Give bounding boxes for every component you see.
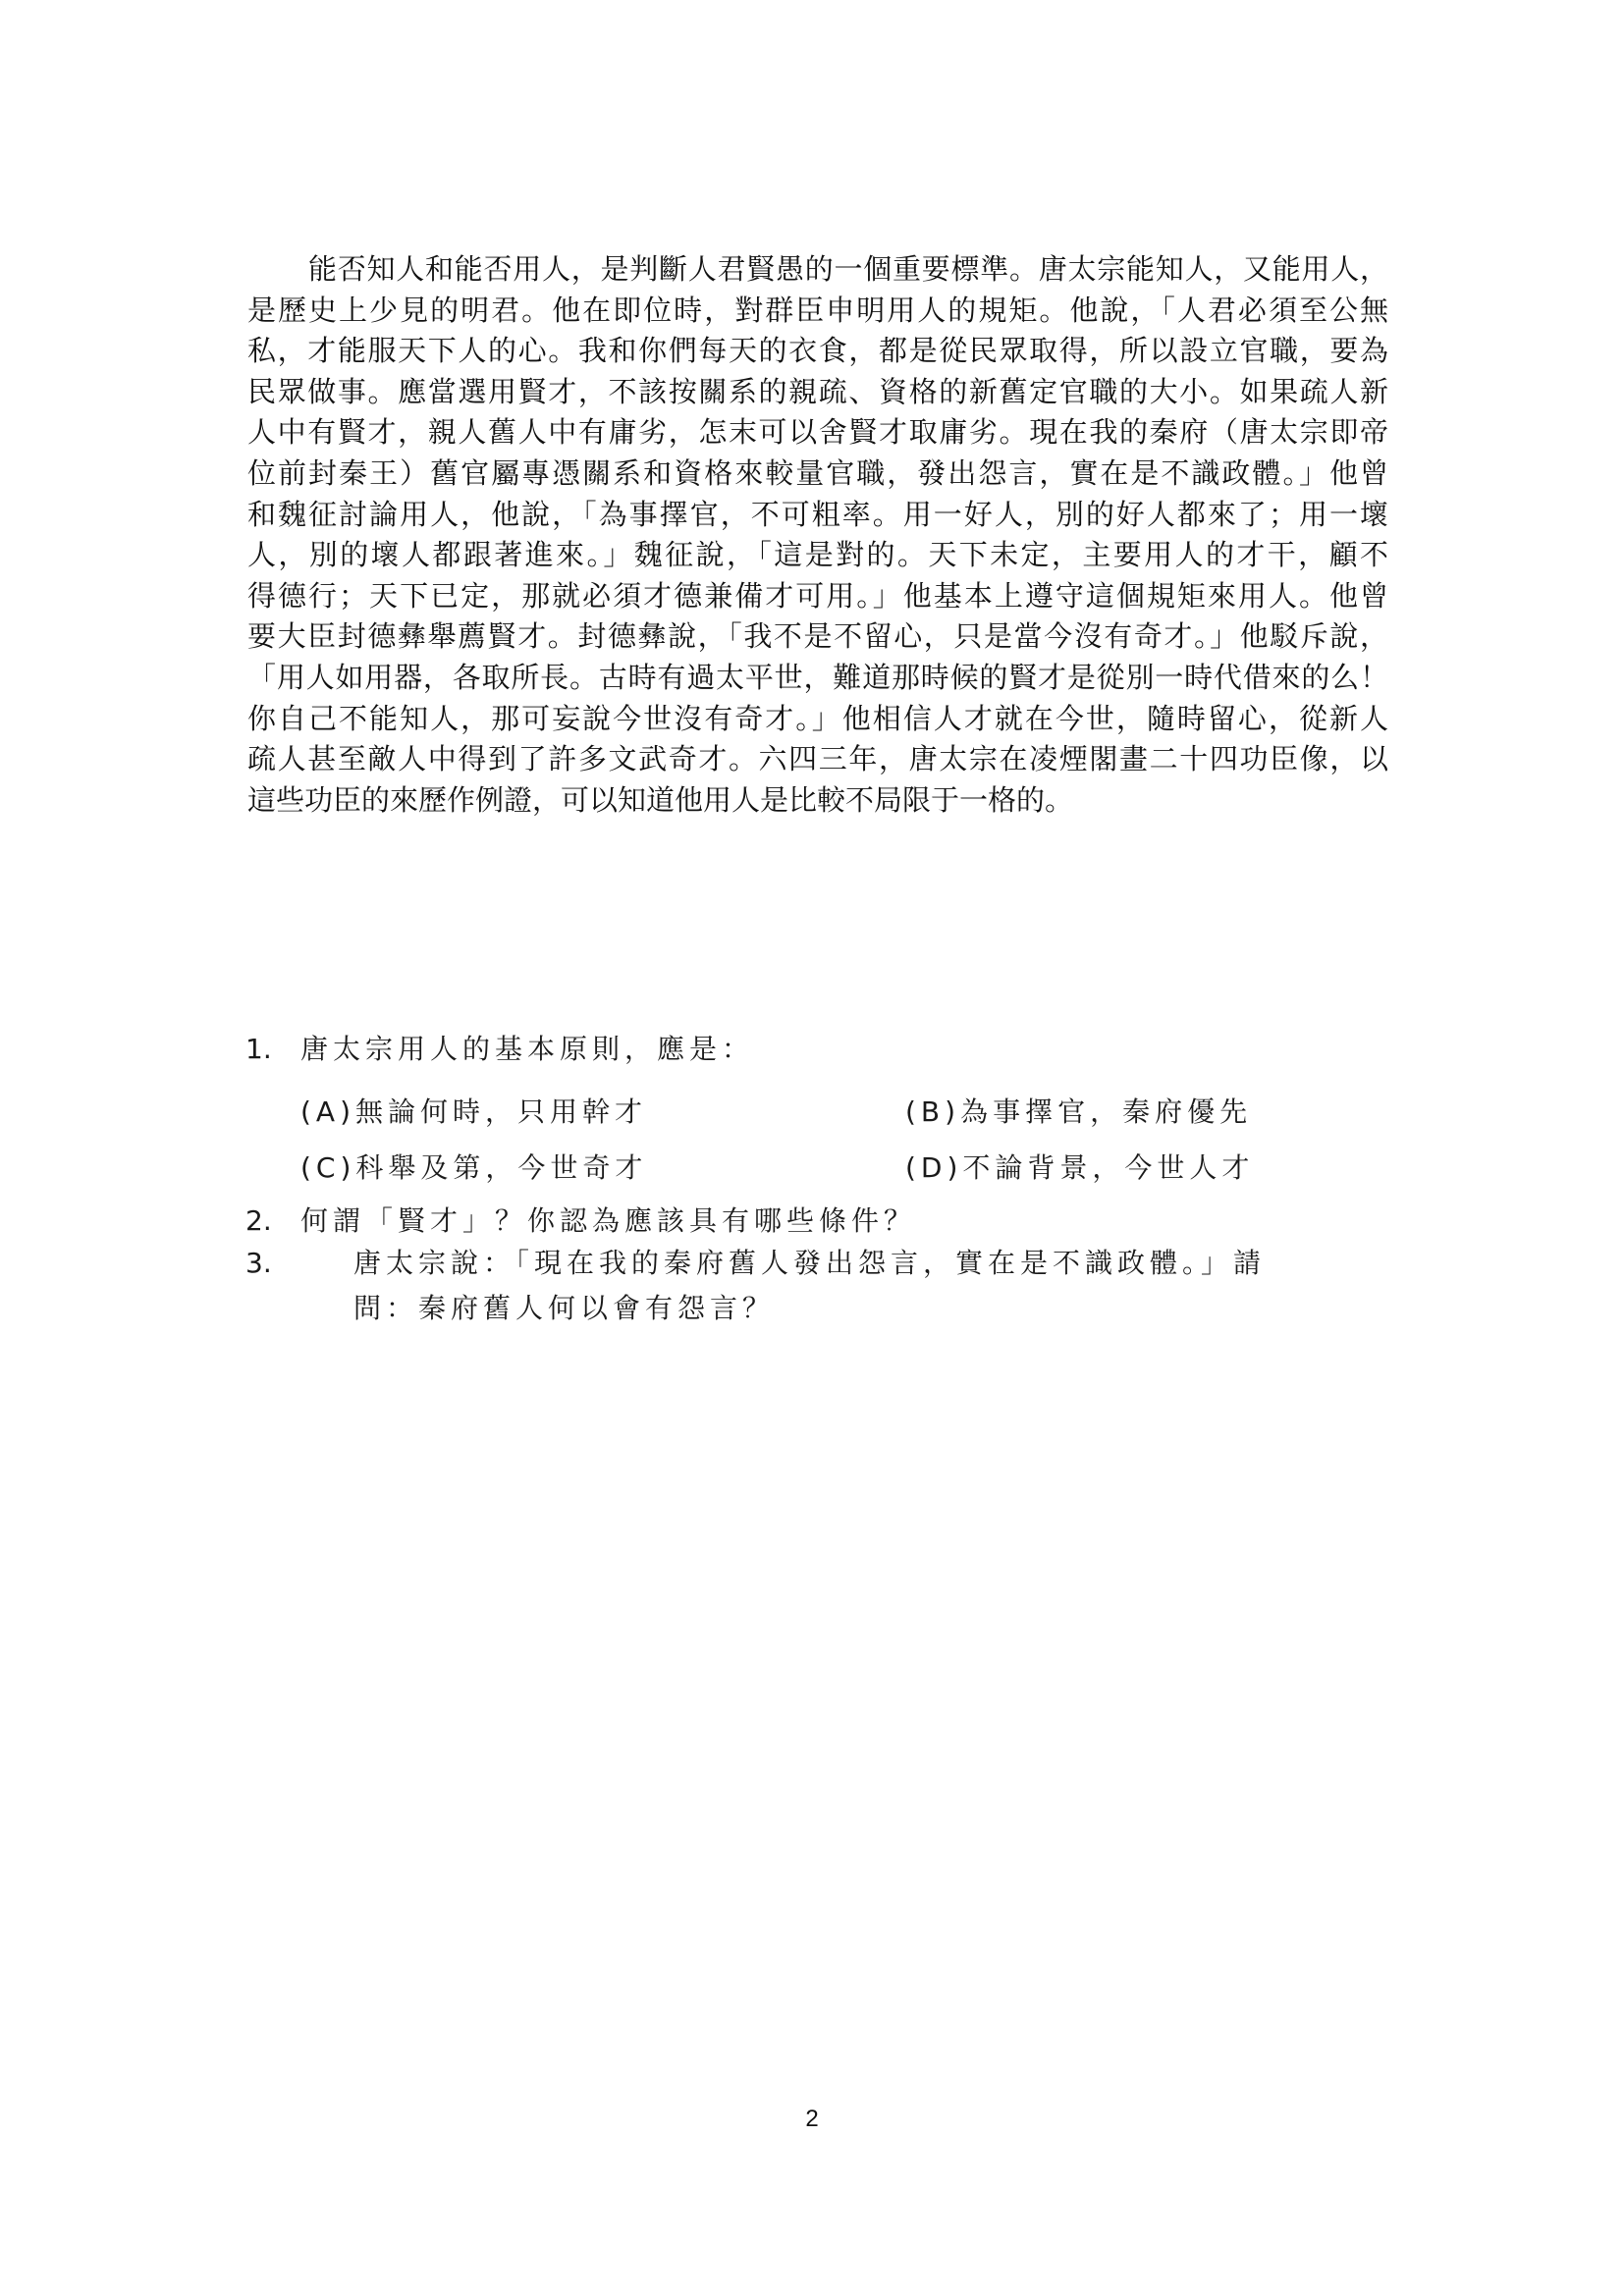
option-text: 無論何時，只用幹才: [355, 1095, 647, 1128]
question-text: 何謂「賢才」？你認為應該具有哪些條件？: [300, 1201, 916, 1241]
option-label: (A): [300, 1095, 355, 1128]
question-2: 2. 何謂「賢才」？你認為應該具有哪些條件？: [245, 1201, 1394, 1241]
passage-line: 要大臣封德彝舉薦賢才。封德彝說，「我不是不留心，只是當今沒有奇才。」他駁斥說，: [247, 616, 1388, 658]
option-b: (B)為事擇官，秦府優先: [905, 1090, 1252, 1135]
passage-line: 是歷史上少見的明君。他在即位時，對群臣申明用人的規矩。他說，「人君必須至公無: [247, 291, 1388, 332]
passage-line: 疏人甚至敵人中得到了許多文武奇才。六四三年，唐太宗在凌煙閣畫二十四功臣像，以: [247, 739, 1388, 780]
option-text: 不論背景，今世人才: [962, 1151, 1254, 1184]
question-text-continued: 問：秦府舊人何以會有怨言？: [353, 1286, 775, 1331]
option-label: (C): [300, 1151, 355, 1184]
question-number: 3.: [245, 1241, 272, 1286]
option-c: (C)科舉及第，今世奇才: [300, 1146, 647, 1191]
passage-line: 和魏征討論用人，他說，「為事擇官，不可粗率。用一好人，別的好人都來了；用一壞: [247, 495, 1388, 536]
passage-line: 能否知人和能否用人，是判斷人君賢愚的一個重要標準。唐太宗能知人，又能用人，: [247, 249, 1388, 291]
option-text: 科舉及第，今世奇才: [355, 1151, 647, 1184]
option-d: (D)不論背景，今世人才: [905, 1146, 1254, 1191]
question-list: 1. 唐太宗用人的基本原則，應是： (A)無論何時，只用幹才 (B)為事擇官，秦…: [245, 1027, 1394, 1331]
option-label: (D): [905, 1151, 962, 1184]
option-a: (A)無論何時，只用幹才: [300, 1090, 647, 1135]
passage-line: 得德行；天下已定，那就必須才德兼備才可用。」他基本上遵守這個規矩來用人。他曾: [247, 576, 1388, 617]
question-text: 唐太宗說：「現在我的秦府舊人發出怨言，實在是不識政體。」請: [353, 1241, 1266, 1286]
passage-line: 這些功臣的來歷作例證，可以知道他用人是比較不局限于一格的。: [247, 780, 1388, 822]
option-label: (B): [905, 1095, 960, 1128]
question-3: 3. 唐太宗說：「現在我的秦府舊人發出怨言，實在是不識政體。」請: [245, 1241, 1394, 1286]
question-1: 1. 唐太宗用人的基本原則，應是：: [245, 1027, 1394, 1072]
passage-line: 「用人如用器，各取所長。古時有過太平世，難道那時候的賢才是從別一時代借來的么！: [247, 658, 1388, 699]
document-page: 能否知人和能否用人，是判斷人君賢愚的一個重要標準。唐太宗能知人，又能用人， 是歷…: [0, 0, 1624, 2296]
passage-line: 民眾做事。應當選用賢才，不該按關系的親疏、資格的新舊定官職的大小。如果疏人新: [247, 372, 1388, 413]
passage-line: 私，才能服天下人的心。我和你們每天的衣食，都是從民眾取得，所以設立官職，要為: [247, 331, 1388, 372]
passage-line: 你自己不能知人，那可妄說今世沒有奇才。」他相信人才就在今世，隨時留心，從新人: [247, 699, 1388, 740]
page-number: 2: [0, 2106, 1624, 2133]
question-1-options: (A)無論何時，只用幹才 (B)為事擇官，秦府優先 (C)科舉及第，今世奇才 (…: [245, 1080, 1394, 1196]
option-text: 為事擇官，秦府優先: [960, 1095, 1252, 1128]
reading-passage: 能否知人和能否用人，是判斷人君賢愚的一個重要標準。唐太宗能知人，又能用人， 是歷…: [247, 249, 1388, 821]
question-text: 唐太宗用人的基本原則，應是：: [300, 1027, 754, 1072]
question-number: 2.: [245, 1201, 272, 1241]
passage-line: 位前封秦王）舊官屬專憑關系和資格來較量官職，發出怨言，實在是不識政體。」他曾: [247, 454, 1388, 495]
passage-line: 人，別的壞人都跟著進來。」魏征說，「這是對的。天下未定，主要用人的才干，顧不: [247, 535, 1388, 576]
passage-line: 人中有賢才，親人舊人中有庸劣，怎末可以舍賢才取庸劣。現在我的秦府（唐太宗即帝: [247, 412, 1388, 454]
question-3-continuation: 問：秦府舊人何以會有怨言？: [245, 1286, 1394, 1331]
question-number: 1.: [245, 1027, 272, 1072]
